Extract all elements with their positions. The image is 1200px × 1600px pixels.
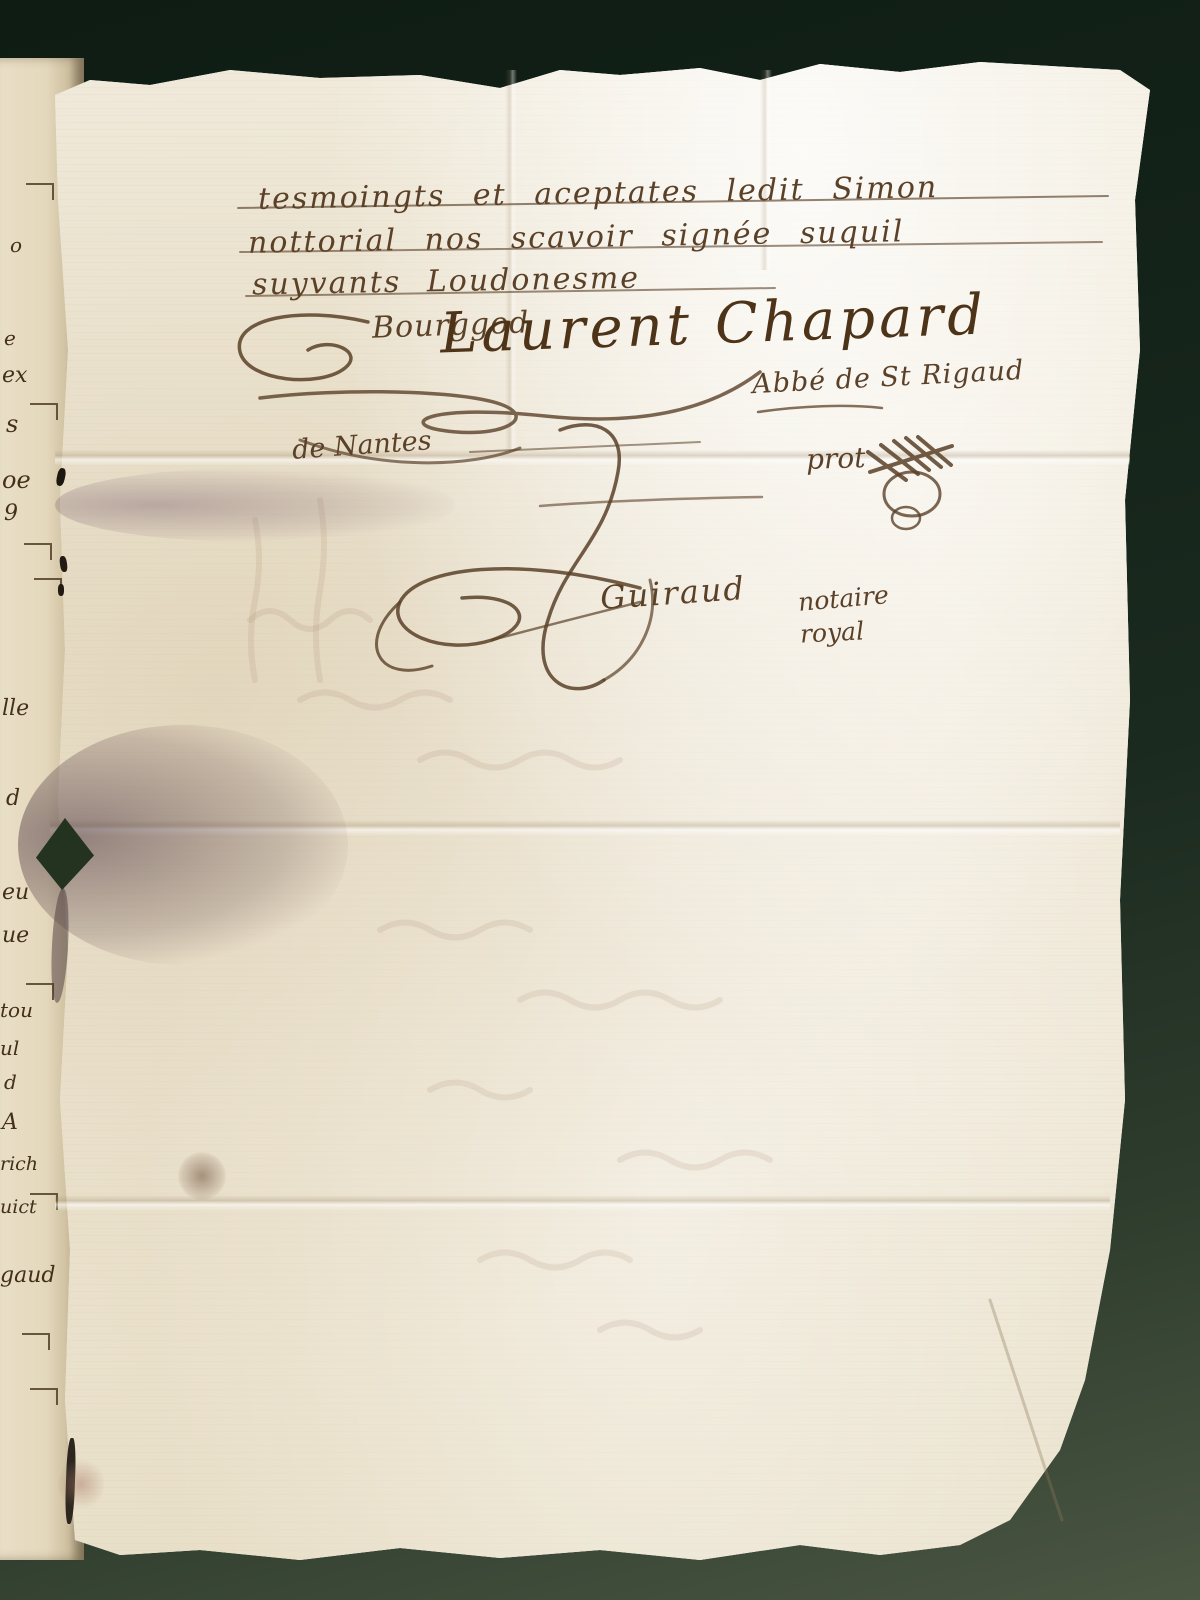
underpage-word-fragment: rich bbox=[0, 1153, 38, 1175]
underpage-word-fragment: oe bbox=[2, 466, 31, 494]
underpage-word-fragment: A bbox=[2, 1110, 18, 1135]
line-end-bracket bbox=[26, 983, 54, 1000]
underpage-word-fragment: ex bbox=[2, 363, 27, 388]
underpage-word-fragment: s bbox=[6, 410, 18, 438]
underpage-word-fragment: d bbox=[6, 786, 20, 811]
underpage-word-fragment: ul bbox=[0, 1036, 19, 1060]
line-end-bracket bbox=[22, 1333, 50, 1350]
underpage-word-fragment: 9 bbox=[4, 501, 18, 526]
line-end-bracket bbox=[24, 543, 52, 560]
line-end-bracket bbox=[30, 403, 58, 420]
underpage-word-fragment: eu bbox=[2, 880, 29, 905]
underpage-word-fragment: o bbox=[10, 233, 22, 257]
underpage-word-fragment: ue bbox=[2, 923, 29, 948]
manuscript-sheet bbox=[50, 60, 1155, 1565]
underpage-word-fragment: lle bbox=[2, 696, 29, 721]
binding-stitch bbox=[58, 584, 64, 596]
underpage-word-fragment: tou bbox=[0, 998, 33, 1022]
line-end-bracket bbox=[30, 1388, 58, 1405]
underpage-word-fragment: gaud bbox=[0, 1263, 55, 1288]
line-end-bracket bbox=[30, 1193, 58, 1210]
underpage-word-fragment: e bbox=[4, 326, 16, 350]
photograph-of-manuscript: o e ex s oe 9 lle d eu ue tou ul d A ric… bbox=[0, 0, 1200, 1600]
underpage-word-fragment: d bbox=[4, 1070, 17, 1094]
line-end-bracket bbox=[26, 183, 54, 200]
